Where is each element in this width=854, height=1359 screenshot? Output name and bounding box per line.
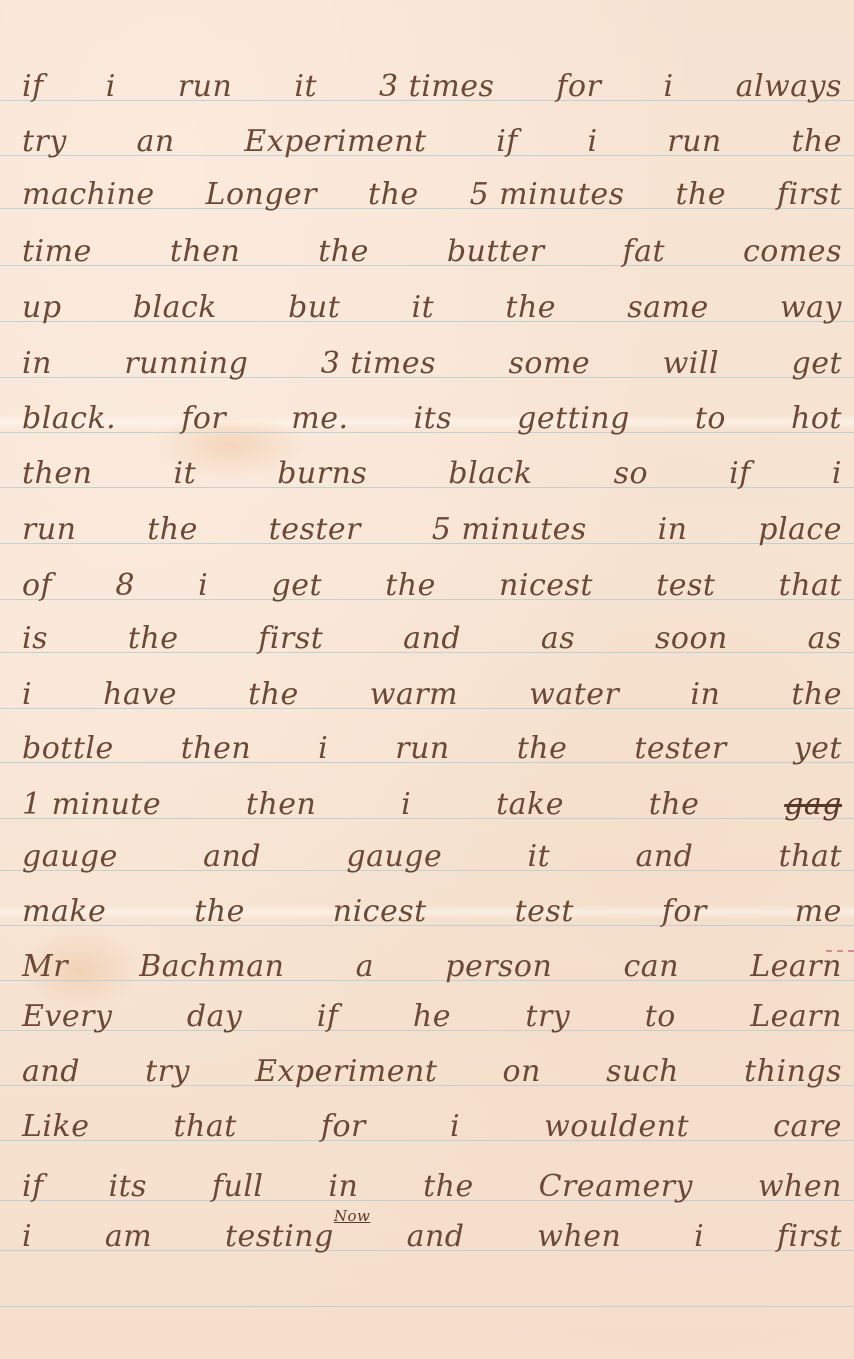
text-line: inrunning3 timessomewillget	[22, 331, 842, 381]
word: the	[128, 621, 179, 656]
word: of	[22, 568, 52, 603]
word: and	[407, 1219, 465, 1254]
word: 1 minute	[22, 787, 161, 822]
word: bottle	[22, 731, 114, 766]
text-line: gaugeandgaugeitandthat	[22, 824, 842, 874]
word: if	[22, 69, 44, 104]
text-line: isthefirstandassoonas	[22, 606, 842, 656]
word: i	[832, 456, 842, 491]
word: i	[106, 69, 116, 104]
text-line: thenitburnsblacksoifi	[22, 441, 842, 491]
word: and	[22, 1054, 80, 1089]
word: run	[667, 124, 721, 159]
word: 5 minutes	[432, 512, 587, 547]
word: 3 times	[379, 69, 494, 104]
word: as	[808, 621, 842, 656]
text-line: ifirunit3 timesforialways	[22, 54, 842, 104]
word: running	[124, 346, 248, 381]
word: warm	[370, 677, 458, 712]
word: that	[174, 1109, 237, 1144]
word: time	[22, 234, 92, 269]
word: getting	[517, 401, 630, 436]
word: such	[606, 1054, 679, 1089]
word: get	[271, 568, 322, 603]
word: in	[690, 677, 720, 712]
text-line: andtryExperimentonsuchthings	[22, 1039, 842, 1089]
word: 8	[115, 568, 135, 603]
word: for	[321, 1109, 366, 1144]
word: hot	[791, 401, 842, 436]
word: Learn	[750, 949, 842, 984]
word: gauge	[346, 839, 442, 874]
text-line: bottlethenirunthetesteryet	[22, 716, 842, 766]
word: testingNow	[225, 1219, 334, 1254]
word: the	[791, 677, 842, 712]
word: first	[777, 177, 842, 212]
word: the	[318, 234, 369, 269]
word: for	[662, 894, 707, 929]
word: then	[22, 456, 92, 491]
word: in	[328, 1169, 358, 1204]
text-line: 1 minutethenitakethegag	[22, 772, 842, 822]
word: if	[729, 456, 751, 491]
word: am	[105, 1219, 152, 1254]
word: make	[22, 894, 106, 929]
word: person	[445, 949, 552, 984]
word: machine	[22, 177, 155, 212]
word: to	[645, 999, 676, 1034]
word: water	[529, 677, 619, 712]
text-line: machineLongerthe5 minutesthefirst	[22, 162, 842, 212]
word: to	[695, 401, 726, 436]
word: test	[515, 894, 574, 929]
word: as	[541, 621, 575, 656]
text-line: makethenicesttestforme	[22, 879, 842, 929]
word: me.	[291, 401, 348, 436]
word: take	[496, 787, 564, 822]
word: the	[423, 1169, 474, 1204]
word: for	[181, 401, 226, 436]
word: Experiment	[255, 1054, 437, 1089]
word: place	[758, 512, 842, 547]
word: Learn	[750, 999, 842, 1034]
word: the	[517, 731, 568, 766]
word: Mr	[22, 949, 68, 984]
word: try	[525, 999, 570, 1034]
word: black.	[22, 401, 116, 436]
word: tester	[634, 731, 726, 766]
word: fat	[623, 234, 666, 269]
word: burns	[277, 456, 367, 491]
word: i	[22, 677, 32, 712]
text-line: timethenthebutterfatcomes	[22, 219, 842, 269]
word: run	[395, 731, 449, 766]
word: wouldent	[544, 1109, 689, 1144]
word: have	[103, 677, 177, 712]
word: full	[212, 1169, 264, 1204]
word: soon	[655, 621, 728, 656]
word: comes	[743, 234, 842, 269]
word: care	[773, 1109, 842, 1144]
word: its	[414, 401, 453, 436]
word: yet	[794, 731, 842, 766]
word: test	[656, 568, 715, 603]
word: things	[744, 1054, 842, 1089]
text-line: runthetester5 minutesinplace	[22, 497, 842, 547]
word: can	[624, 949, 680, 984]
word: butter	[447, 234, 545, 269]
word: the	[368, 177, 419, 212]
word: when	[537, 1219, 621, 1254]
word: and	[203, 839, 261, 874]
word: the	[385, 568, 436, 603]
word: if	[317, 999, 339, 1034]
ruled-line	[0, 1306, 854, 1307]
word: run	[22, 512, 76, 547]
text-line: iamtestingNowandwhenifirst	[22, 1204, 842, 1254]
word: always	[736, 69, 842, 104]
word: the	[194, 894, 245, 929]
word: but	[288, 290, 340, 325]
word: if	[22, 1169, 44, 1204]
word: black	[133, 290, 217, 325]
word: up	[22, 290, 62, 325]
word: i	[663, 69, 673, 104]
word: in	[658, 512, 688, 547]
word: 5 minutes	[470, 177, 625, 212]
word: first	[258, 621, 323, 656]
word: Every	[22, 999, 112, 1034]
word: so	[614, 456, 648, 491]
word: the	[675, 177, 726, 212]
word: nicest	[499, 568, 593, 603]
word: try	[145, 1054, 190, 1089]
word: and	[635, 839, 693, 874]
word: Experiment	[244, 124, 426, 159]
word: gag	[784, 787, 842, 822]
word: if	[496, 124, 518, 159]
word: the	[649, 787, 700, 822]
word: it	[174, 456, 197, 491]
word: is	[22, 621, 48, 656]
word: run	[178, 69, 232, 104]
word: then	[181, 731, 251, 766]
text-line: black.forme.itsgettingtohot	[22, 386, 842, 436]
word: nicest	[333, 894, 427, 929]
word: try	[22, 124, 67, 159]
word: Like	[22, 1109, 89, 1144]
word: i	[588, 124, 598, 159]
word: i	[401, 787, 411, 822]
word: Creamery	[539, 1169, 693, 1204]
letter-page: ifirunit3 timesforialwaystryanExperiment…	[0, 0, 854, 1359]
word: i	[450, 1109, 460, 1144]
inserted-word: Now	[334, 1207, 371, 1225]
word: that	[779, 839, 842, 874]
word: the	[248, 677, 299, 712]
word: i	[318, 731, 328, 766]
word: the	[505, 290, 556, 325]
word: me	[795, 894, 842, 929]
word: get	[791, 346, 842, 381]
word: and	[403, 621, 461, 656]
word: in	[22, 346, 52, 381]
word: i	[694, 1219, 704, 1254]
word: way	[780, 290, 842, 325]
word: i	[198, 568, 208, 603]
word: black	[448, 456, 532, 491]
word: same	[627, 290, 708, 325]
text-line: Likethatforiwouldentcare	[22, 1094, 842, 1144]
word: when	[758, 1169, 842, 1204]
word: i	[22, 1219, 32, 1254]
word: the	[791, 124, 842, 159]
word: will	[663, 346, 719, 381]
text-line: EverydayifhetrytoLearn	[22, 984, 842, 1034]
word: first	[777, 1219, 842, 1254]
word: then	[246, 787, 316, 822]
text-line: MrBachmanapersoncanLearn	[22, 934, 842, 984]
word: an	[136, 124, 174, 159]
word: he	[413, 999, 451, 1034]
word: day	[187, 999, 243, 1034]
word: a	[356, 949, 374, 984]
word: Longer	[206, 177, 318, 212]
word: that	[779, 568, 842, 603]
word: for	[556, 69, 601, 104]
text-line: upblackbutitthesameway	[22, 275, 842, 325]
text-line: ifitsfullintheCreamerywhen	[22, 1154, 842, 1204]
word: it	[528, 839, 551, 874]
word: gauge	[22, 839, 118, 874]
word: 3 times	[321, 346, 436, 381]
word: it	[412, 290, 435, 325]
text-line: of8igetthenicesttestthat	[22, 553, 842, 603]
word: Bachman	[139, 949, 284, 984]
word: some	[509, 346, 591, 381]
text-line: ihavethewarmwaterinthe	[22, 662, 842, 712]
word: then	[170, 234, 240, 269]
word: tester	[269, 512, 361, 547]
text-line: tryanExperimentifirunthe	[22, 109, 842, 159]
word: it	[294, 69, 317, 104]
word: the	[147, 512, 198, 547]
word: on	[503, 1054, 541, 1089]
word: its	[109, 1169, 148, 1204]
